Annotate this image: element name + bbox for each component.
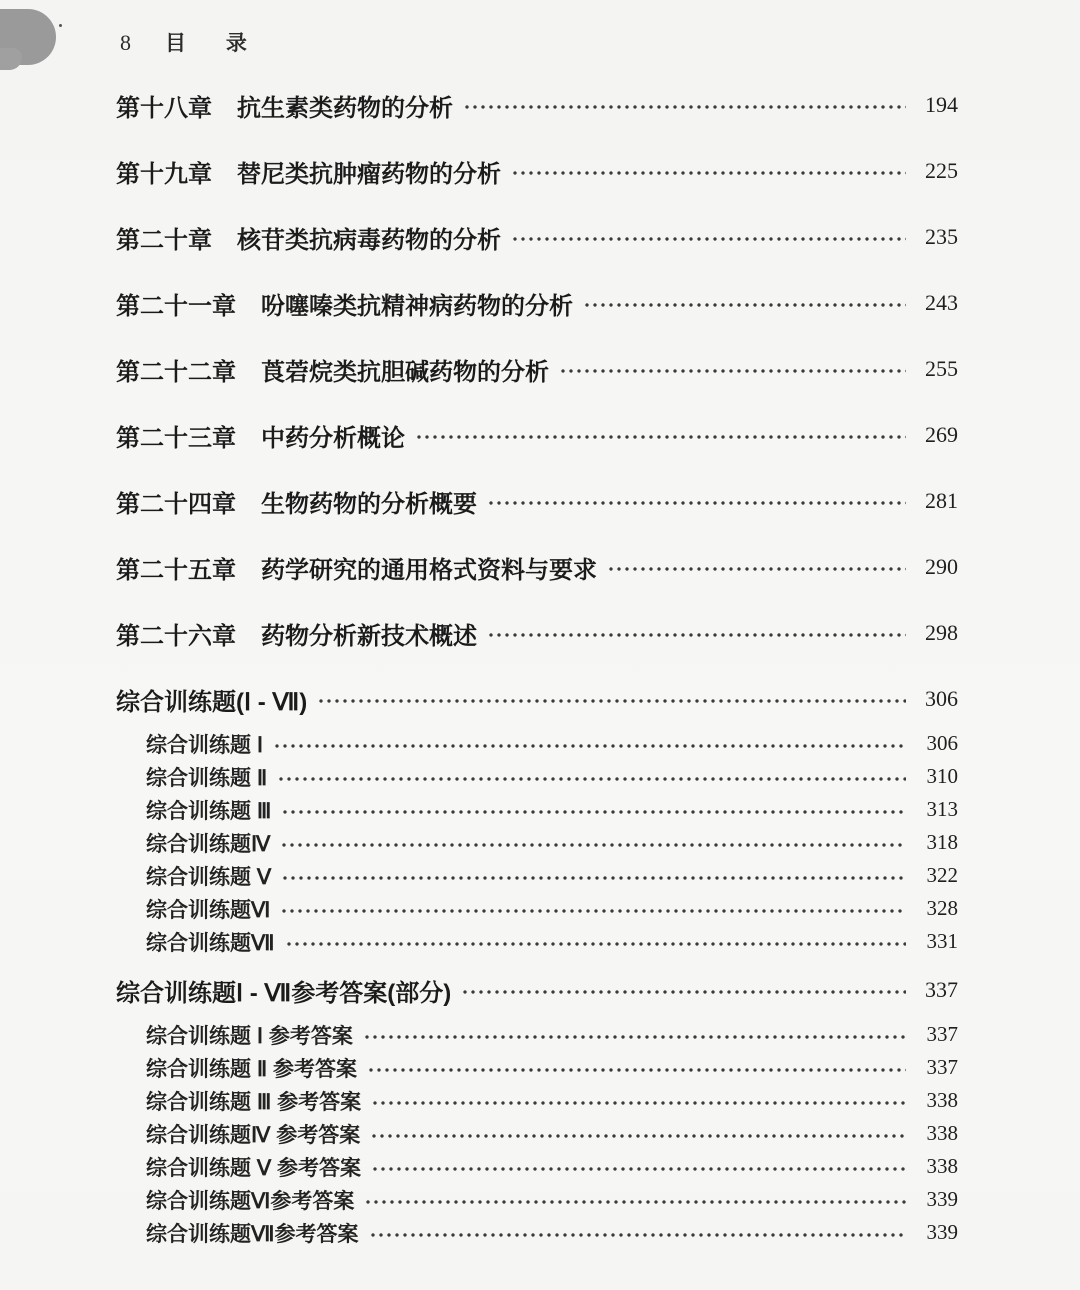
page-header: 8 目 录 (120, 27, 249, 57)
chapter-title: 核苷类抗病毒药物的分析 (237, 220, 501, 255)
entry-title: 综合训练题 Ⅲ (146, 795, 271, 825)
page-number: 269 (912, 422, 958, 448)
entry-title: 综合训练题 Ⅱ (146, 762, 267, 792)
scan-artifact-speck (59, 24, 62, 27)
page-number: 290 (912, 554, 958, 580)
dot-leader (511, 167, 906, 179)
dot-leader (583, 299, 906, 311)
dot-leader (363, 1031, 906, 1043)
dot-leader (487, 629, 906, 641)
section-title: 综合训练题Ⅰ - Ⅶ参考答案(部分) (116, 973, 451, 1008)
toc-entry-chapter-22: 第二十二章 莨菪烷类抗胆碱药物的分析 255 (116, 356, 958, 382)
entry-title: 综合训练题 Ⅴ 参考答案 (146, 1152, 361, 1182)
dot-leader (317, 695, 906, 707)
toc-entry-chapter-26: 第二十六章 药物分析新技术概述 298 (116, 620, 958, 646)
folio-page-number: 8 (120, 30, 131, 56)
chapter-title: 莨菪烷类抗胆碱药物的分析 (261, 352, 549, 387)
toc-section-exercises: 综合训练题(Ⅰ - Ⅶ) 306 (116, 686, 958, 712)
page-number: 310 (912, 764, 958, 789)
toc-entry-answer-1: 综合训练题 Ⅰ 参考答案 337 (116, 1024, 958, 1045)
scan-artifact-blob-foot (0, 48, 22, 70)
page-number: 339 (912, 1220, 958, 1245)
dot-leader (463, 101, 906, 113)
chapter-label: 第二十二章 (116, 352, 236, 387)
dot-leader (371, 1163, 906, 1175)
chapter-label: 第二十一章 (116, 286, 236, 321)
toc-entry-answer-4: 综合训练题Ⅳ 参考答案 338 (116, 1123, 958, 1144)
dot-leader (364, 1196, 906, 1208)
toc-entry-answer-2: 综合训练题 Ⅱ 参考答案 337 (116, 1057, 958, 1078)
chapter-label: 第二十四章 (116, 484, 236, 519)
dot-leader (511, 233, 906, 245)
toc-entry-chapter-20: 第二十章 核苷类抗病毒药物的分析 235 (116, 224, 958, 250)
toc-entry-chapter-24: 第二十四章 生物药物的分析概要 281 (116, 488, 958, 514)
dot-leader (280, 905, 906, 917)
dot-leader (281, 806, 906, 818)
chapter-title: 中药分析概论 (261, 418, 405, 453)
dot-leader (273, 740, 906, 752)
dot-leader (415, 431, 906, 443)
page-number: 281 (912, 488, 958, 514)
toc-entry-exercise-4: 综合训练题Ⅳ 318 (116, 832, 958, 853)
page-number: 331 (912, 929, 958, 954)
toc-entry-chapter-25: 第二十五章 药学研究的通用格式资料与要求 290 (116, 554, 958, 580)
page-number: 338 (912, 1088, 958, 1113)
page-number: 338 (912, 1121, 958, 1146)
entry-title: 综合训练题 Ⅰ 参考答案 (146, 1020, 353, 1050)
toc-entry-answer-3: 综合训练题 Ⅲ 参考答案 338 (116, 1090, 958, 1111)
entry-title: 综合训练题Ⅳ (146, 828, 270, 858)
entry-title: 综合训练题 Ⅱ 参考答案 (146, 1053, 357, 1083)
page-number: 225 (912, 158, 958, 184)
toc-entry-chapter-23: 第二十三章 中药分析概论 269 (116, 422, 958, 448)
toc-header-title: 目 录 (165, 27, 249, 57)
page-number: 313 (912, 797, 958, 822)
toc-entry-exercise-2: 综合训练题 Ⅱ 310 (116, 766, 958, 787)
page-number: 337 (912, 1022, 958, 1047)
chapter-title: 生物药物的分析概要 (261, 484, 477, 519)
entry-title: 综合训练题 Ⅴ (146, 861, 271, 891)
dot-leader (281, 872, 906, 884)
toc-entry-exercise-5: 综合训练题 Ⅴ 322 (116, 865, 958, 886)
dot-leader (607, 563, 906, 575)
page-number: 338 (912, 1154, 958, 1179)
dot-leader (370, 1130, 906, 1142)
entry-title: 综合训练题 Ⅰ (146, 729, 263, 759)
entry-title: 综合训练题 Ⅲ 参考答案 (146, 1086, 361, 1116)
entry-title: 综合训练题Ⅶ参考答案 (146, 1218, 359, 1248)
chapter-label: 第二十章 (116, 220, 212, 255)
page-number: 318 (912, 830, 958, 855)
chapter-label: 第二十三章 (116, 418, 236, 453)
page-number: 322 (912, 863, 958, 888)
entry-title: 综合训练题Ⅶ (146, 927, 275, 957)
dot-leader (461, 986, 906, 998)
page-number: 298 (912, 620, 958, 646)
page-number: 243 (912, 290, 958, 316)
toc-entry-chapter-21: 第二十一章 吩噻嗪类抗精神病药物的分析 243 (116, 290, 958, 316)
section-title: 综合训练题(Ⅰ - Ⅶ) (116, 682, 307, 717)
chapter-title: 替尼类抗肿瘤药物的分析 (237, 154, 501, 189)
dot-leader (280, 839, 906, 851)
answer-list: 综合训练题 Ⅰ 参考答案 337 综合训练题 Ⅱ 参考答案 337 综合训练题 … (116, 1024, 958, 1243)
page-number: 337 (912, 977, 958, 1003)
page-number: 328 (912, 896, 958, 921)
entry-title: 综合训练题Ⅵ参考答案 (146, 1185, 354, 1215)
chapter-label: 第十八章 (116, 88, 212, 123)
toc-entry-exercise-1: 综合训练题 Ⅰ 306 (116, 733, 958, 754)
dot-leader (285, 938, 906, 950)
chapter-title: 药物分析新技术概述 (261, 616, 477, 651)
toc-entry-answer-6: 综合训练题Ⅵ参考答案 339 (116, 1189, 958, 1210)
table-of-contents: 第十八章 抗生素类药物的分析 194 第十九章 替尼类抗肿瘤药物的分析 225 … (116, 92, 958, 1255)
toc-entry-exercise-3: 综合训练题 Ⅲ 313 (116, 799, 958, 820)
page-number: 337 (912, 1055, 958, 1080)
dot-leader (371, 1097, 906, 1109)
dot-leader (277, 773, 906, 785)
toc-entry-chapter-18: 第十八章 抗生素类药物的分析 194 (116, 92, 958, 118)
chapter-label: 第十九章 (116, 154, 212, 189)
chapter-title: 吩噻嗪类抗精神病药物的分析 (261, 286, 573, 321)
toc-entry-exercise-7: 综合训练题Ⅶ 331 (116, 931, 958, 952)
page-number: 235 (912, 224, 958, 250)
dot-leader (559, 365, 906, 377)
dot-leader (369, 1229, 906, 1241)
page-number: 255 (912, 356, 958, 382)
exercise-list: 综合训练题 Ⅰ 306 综合训练题 Ⅱ 310 综合训练题 Ⅲ 313 综合训练… (116, 733, 958, 952)
toc-entry-answer-5: 综合训练题 Ⅴ 参考答案 338 (116, 1156, 958, 1177)
toc-entry-exercise-6: 综合训练题Ⅵ 328 (116, 898, 958, 919)
chapter-title: 抗生素类药物的分析 (237, 88, 453, 123)
dot-leader (487, 497, 906, 509)
entry-title: 综合训练题Ⅵ (146, 894, 270, 924)
page-number: 306 (912, 731, 958, 756)
dot-leader (367, 1064, 906, 1076)
chapter-label: 第二十六章 (116, 616, 236, 651)
toc-section-answers: 综合训练题Ⅰ - Ⅶ参考答案(部分) 337 (116, 977, 958, 1003)
toc-entry-answer-7: 综合训练题Ⅶ参考答案 339 (116, 1222, 958, 1243)
entry-title: 综合训练题Ⅳ 参考答案 (146, 1119, 360, 1149)
page-number: 339 (912, 1187, 958, 1212)
toc-entry-chapter-19: 第十九章 替尼类抗肿瘤药物的分析 225 (116, 158, 958, 184)
chapter-label: 第二十五章 (116, 550, 236, 585)
chapter-title: 药学研究的通用格式资料与要求 (261, 550, 597, 585)
page-number: 306 (912, 686, 958, 712)
page-number: 194 (912, 92, 958, 118)
